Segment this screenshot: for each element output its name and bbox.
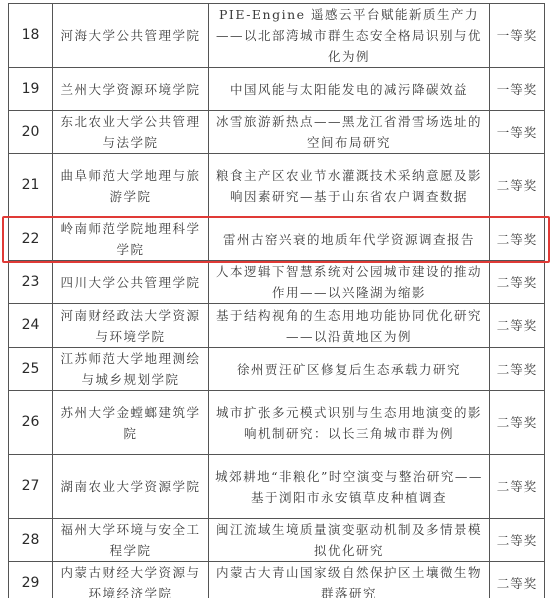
school-name: 内蒙古财经大学资源与环境经济学院 bbox=[53, 562, 209, 598]
table-row: 20东北农业大学公共管理与法学院冰雪旅游新热点——黑龙江省滑雪场选址的空间布局研… bbox=[9, 111, 545, 154]
project-title: 闽江流域生境质量演变驱动机制及多情景模拟优化研究 bbox=[209, 519, 490, 562]
award-level: 一等奖 bbox=[490, 111, 545, 154]
project-title: 冰雪旅游新热点——黑龙江省滑雪场选址的空间布局研究 bbox=[209, 111, 490, 154]
award-level: 二等奖 bbox=[490, 348, 545, 391]
table-row-highlighted: 22岭南师范学院地理科学学院雷州古窑兴衰的地质年代学资源调查报告二等奖 bbox=[9, 218, 545, 261]
table-row: 21曲阜师范大学地理与旅游学院粮食主产区农业节水灌溉技术采纳意愿及影响因素研究—… bbox=[9, 154, 545, 218]
award-level: 二等奖 bbox=[490, 519, 545, 562]
award-level: 一等奖 bbox=[490, 68, 545, 111]
project-title: 中国风能与太阳能发电的减污降碳效益 bbox=[209, 68, 490, 111]
row-number: 18 bbox=[9, 4, 53, 68]
table-row: 29内蒙古财经大学资源与环境经济学院内蒙古大青山国家级自然保护区土壤微生物群落研… bbox=[9, 562, 545, 598]
award-level: 二等奖 bbox=[490, 261, 545, 304]
school-name: 河海大学公共管理学院 bbox=[53, 4, 209, 68]
table-body: 18河海大学公共管理学院PIE-Engine 遥感云平台赋能新质生产力——以北部… bbox=[9, 4, 545, 598]
row-number: 28 bbox=[9, 519, 53, 562]
table-row: 18河海大学公共管理学院PIE-Engine 遥感云平台赋能新质生产力——以北部… bbox=[9, 4, 545, 68]
project-title: 徐州贾汪矿区修复后生态承载力研究 bbox=[209, 348, 490, 391]
school-name: 苏州大学金螳螂建筑学院 bbox=[53, 391, 209, 455]
school-name: 福州大学环境与安全工程学院 bbox=[53, 519, 209, 562]
row-number: 29 bbox=[9, 562, 53, 598]
award-level: 二等奖 bbox=[490, 218, 545, 261]
row-number: 20 bbox=[9, 111, 53, 154]
school-name: 东北农业大学公共管理与法学院 bbox=[53, 111, 209, 154]
row-number: 21 bbox=[9, 154, 53, 218]
row-number: 23 bbox=[9, 261, 53, 304]
project-title: 雷州古窑兴衰的地质年代学资源调查报告 bbox=[209, 218, 490, 261]
project-title: PIE-Engine 遥感云平台赋能新质生产力——以北部湾城市群生态安全格局识别… bbox=[209, 4, 490, 68]
school-name: 曲阜师范大学地理与旅游学院 bbox=[53, 154, 209, 218]
project-title: 城郊耕地“非粮化”时空演变与整治研究——基于浏阳市永安镇草皮种植调查 bbox=[209, 455, 490, 519]
table-row: 28福州大学环境与安全工程学院闽江流域生境质量演变驱动机制及多情景模拟优化研究二… bbox=[9, 519, 545, 562]
award-level: 二等奖 bbox=[490, 391, 545, 455]
project-title: 粮食主产区农业节水灌溉技术采纳意愿及影响因素研究—基于山东省农户调查数据 bbox=[209, 154, 490, 218]
school-name: 湖南农业大学资源学院 bbox=[53, 455, 209, 519]
table-row: 25江苏师范大学地理测绘与城乡规划学院徐州贾汪矿区修复后生态承载力研究二等奖 bbox=[9, 348, 545, 391]
row-number: 27 bbox=[9, 455, 53, 519]
award-list-table: 18河海大学公共管理学院PIE-Engine 遥感云平台赋能新质生产力——以北部… bbox=[8, 3, 545, 598]
school-name: 岭南师范学院地理科学学院 bbox=[53, 218, 209, 261]
school-name: 四川大学公共管理学院 bbox=[53, 261, 209, 304]
row-number: 26 bbox=[9, 391, 53, 455]
project-title: 基于结构视角的生态用地功能协同优化研究——以沿黄地区为例 bbox=[209, 304, 490, 348]
award-level: 二等奖 bbox=[490, 562, 545, 598]
project-title: 城市扩张多元模式识别与生态用地演变的影响机制研究：以长三角城市群为例 bbox=[209, 391, 490, 455]
school-name: 江苏师范大学地理测绘与城乡规划学院 bbox=[53, 348, 209, 391]
row-number: 19 bbox=[9, 68, 53, 111]
school-name: 河南财经政法大学资源与环境学院 bbox=[53, 304, 209, 348]
table-row: 27湖南农业大学资源学院城郊耕地“非粮化”时空演变与整治研究——基于浏阳市永安镇… bbox=[9, 455, 545, 519]
school-name: 兰州大学资源环境学院 bbox=[53, 68, 209, 111]
row-number: 22 bbox=[9, 218, 53, 261]
table-row: 26苏州大学金螳螂建筑学院城市扩张多元模式识别与生态用地演变的影响机制研究：以长… bbox=[9, 391, 545, 455]
project-title: 人本逻辑下智慧系统对公园城市建设的推动作用——以兴隆湖为缩影 bbox=[209, 261, 490, 304]
award-level: 一等奖 bbox=[490, 4, 545, 68]
table-row: 19兰州大学资源环境学院中国风能与太阳能发电的减污降碳效益一等奖 bbox=[9, 68, 545, 111]
table-row: 24河南财经政法大学资源与环境学院基于结构视角的生态用地功能协同优化研究——以沿… bbox=[9, 304, 545, 348]
project-title: 内蒙古大青山国家级自然保护区土壤微生物群落研究 bbox=[209, 562, 490, 598]
row-number: 24 bbox=[9, 304, 53, 348]
award-level: 二等奖 bbox=[490, 304, 545, 348]
table-row: 23四川大学公共管理学院人本逻辑下智慧系统对公园城市建设的推动作用——以兴隆湖为… bbox=[9, 261, 545, 304]
row-number: 25 bbox=[9, 348, 53, 391]
award-level: 二等奖 bbox=[490, 154, 545, 218]
award-level: 二等奖 bbox=[490, 455, 545, 519]
